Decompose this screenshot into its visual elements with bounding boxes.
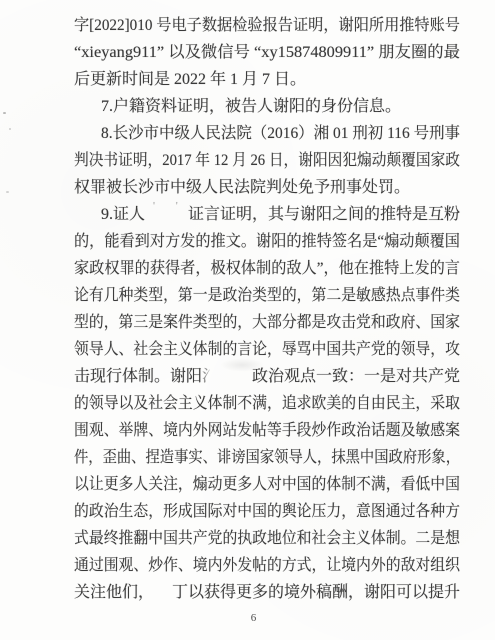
text-segment: 证言证明，其与谢阳之间的推特是互粉 [188, 201, 460, 224]
text-segment: 通过围观、炒作、境内外发帖的方式，让境内外的敌对组织 [74, 552, 460, 575]
text-segment: 的领导以及社会主义体制不满，追求欧美的自由民主，采取 [74, 390, 460, 413]
scan-speck [6, 191, 9, 193]
text-line: 通过围观、炒作、境内外发帖的方式，让境内外的敌对组织 [74, 550, 460, 577]
text-line: 围观、举牌、境内外网站发帖等手段炒作政治话题及敏感案 [74, 415, 460, 442]
text-segment: 关注他们， [74, 579, 154, 602]
text-line: 字[2022]010 号电子数据检验报告证明，谢阳所用推特账号 [74, 10, 460, 37]
text-line: 9.证人' ' ' ' '证言证明，其与谢阳之间的推特是互粉 [74, 199, 460, 226]
scan-speck [3, 112, 6, 114]
scanned-document-page: 字[2022]010 号电子数据检验报告证明，谢阳所用推特账号“xieyang9… [0, 0, 495, 640]
text-segment: 型的，第三是案件类型的，大部分都是攻击党和政府、国家 [74, 309, 460, 332]
text-line: 论有几种类型，第一是政治类型的，第二是敏感热点事件类 [74, 280, 460, 307]
text-segment: “xieyang911” 以及微信号 “xy15874809911” 朋友圈的最 [74, 39, 460, 62]
text-segment: 8.长沙市中级人民法院（2016）湘 01 刑初 116 号刑事 [101, 120, 460, 143]
text-line: “xieyang911” 以及微信号 “xy15874809911” 朋友圈的最 [74, 37, 460, 64]
text-segment: 判决书证明，2017 年 12 月 26 日，谢阳因犯煽动颠覆国家政 [74, 147, 460, 170]
text-line: 以让更多人关注，煽动更多人对中国的体制不满，看低中国 [74, 469, 460, 496]
redaction-gap [218, 361, 252, 388]
text-line: 后更新时间是 2022 年 1 月 7 日。 [74, 64, 460, 91]
text-segment: 以让更多人关注，煽动更多人对中国的体制不满，看低中国 [74, 471, 460, 494]
redaction-gap [154, 577, 172, 604]
faint-partial-character: 氵 [202, 363, 218, 386]
text-line: 件，歪曲、捏造事实、诽谤国家领导人，抹黑中国政府形象， [74, 442, 460, 469]
text-segment: 的，能看到对方发的推文。谢阳的推特签名是“煽动颠覆国 [74, 228, 460, 251]
text-segment: 件，歪曲、捏造事实、诽谤国家领导人，抹黑中国政府形象， [74, 444, 460, 467]
scan-speck [9, 128, 11, 130]
text-line: 的，能看到对方发的推文。谢阳的推特签名是“煽动颠覆国 [74, 226, 460, 253]
text-segment: 字[2022]010 号电子数据检验报告证明，谢阳所用推特账号 [74, 12, 460, 35]
text-segment: 论有几种类型，第一是政治类型的，第二是敏感热点事件类 [74, 282, 460, 305]
text-segment: 家政权罪的获得者，极权体制的敌人”，他在推特上发的言 [74, 255, 460, 278]
text-line: 式最终推翻中国共产党的执政地位和社会主义体制。二是想 [74, 523, 460, 550]
text-line: 判决书证明，2017 年 12 月 26 日，谢阳因犯煽动颠覆国家政 [74, 145, 460, 172]
redaction-residue-marks: ' ' ' ' ' [153, 200, 178, 212]
text-segment: 领导人、社会主义体制的言论，辱骂中国共产党的领导，攻 [74, 336, 460, 359]
document-text-block: 字[2022]010 号电子数据检验报告证明，谢阳所用推特账号“xieyang9… [74, 10, 460, 604]
text-line: 的领导以及社会主义体制不满，追求欧美的自由民主，采取 [74, 388, 460, 415]
redaction-gap: ' ' ' ' ' [145, 199, 188, 226]
text-segment: 政治观点一致：一是对共产党 [252, 363, 460, 386]
text-line: 型的，第三是案件类型的，大部分都是攻击党和政府、国家 [74, 307, 460, 334]
text-segment: 式最终推翻中国共产党的执政地位和社会主义体制。二是想 [74, 525, 460, 548]
text-line: 7.户籍资料证明，被告人谢阳的身份信息。 [74, 91, 460, 118]
text-line: 关注他们，丁以获得更多的境外稿酬，谢阳可以提升 [74, 577, 460, 604]
text-segment: 权罪被长沙市中级人民法院判处免予刑事处罚。 [74, 174, 410, 197]
text-segment: 9.证人 [101, 201, 145, 224]
text-segment: 击现行体制。谢阳 [74, 363, 202, 386]
text-segment: 的政治生态，形成国际对中国的舆论压力，意图通过各种方 [74, 498, 460, 521]
text-line: 的政治生态，形成国际对中国的舆论压力，意图通过各种方 [74, 496, 460, 523]
text-segment: 7.户籍资料证明，被告人谢阳的身份信息。 [101, 93, 401, 116]
text-segment: 围观、举牌、境内外网站发帖等手段炒作政治话题及敏感案 [74, 417, 460, 440]
text-line: 权罪被长沙市中级人民法院判处免予刑事处罚。 [74, 172, 460, 199]
text-line: 领导人、社会主义体制的言论，辱骂中国共产党的领导，攻 [74, 334, 460, 361]
page-number: 6 [0, 612, 495, 624]
text-segment: 后更新时间是 2022 年 1 月 7 日。 [74, 66, 306, 89]
text-line: 8.长沙市中级人民法院（2016）湘 01 刑初 116 号刑事 [74, 118, 460, 145]
text-segment: 丁以获得更多的境外稿酬，谢阳可以提升 [172, 579, 460, 602]
text-line: 家政权罪的获得者，极权体制的敌人”，他在推特上发的言 [74, 253, 460, 280]
text-line: 击现行体制。谢阳氵政治观点一致：一是对共产党 [74, 361, 460, 388]
